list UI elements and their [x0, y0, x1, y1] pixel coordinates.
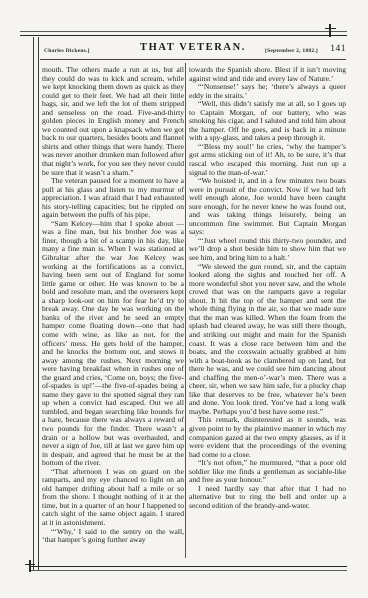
- paragraph: mouth. The others made a run at us, but …: [42, 66, 184, 177]
- bottom-rule: [30, 566, 347, 571]
- paragraph: I need hardly say that after that I had …: [189, 485, 346, 511]
- paragraph: “Sam Kelcey—him that I spoke about —was …: [42, 220, 184, 468]
- running-header: Charles Dickens.] THAT VETERAN. [Septemb…: [40, 42, 346, 58]
- left-column: mouth. The others made a run at us, but …: [42, 66, 184, 545]
- paragraph: “‘Just wheel round this thirty-two pound…: [189, 237, 346, 263]
- paragraph: “‘Nonsense!’ says he; ‘there’s always a …: [189, 83, 346, 100]
- top-rule: [20, 31, 347, 36]
- paragraph: The veteran paused for a moment to have …: [42, 177, 184, 220]
- paragraph: “It’s not often,” he murmured, “that a p…: [189, 459, 346, 485]
- column-divider: [185, 63, 186, 558]
- crop-mark-top-right: [329, 24, 331, 37]
- paragraph: “We hoisted it, and in a few minutes two…: [189, 177, 346, 237]
- paragraph: “‘Why,’ I said to the sentry on the wall…: [42, 528, 184, 545]
- page-scan: Charles Dickens.] THAT VETERAN. [Septemb…: [0, 0, 368, 598]
- crop-mark-bottom-left: [25, 564, 35, 565]
- right-column: towards the Spanish shore. Blest if it i…: [189, 66, 346, 510]
- crop-mark-bottom-left: [29, 560, 31, 572]
- paragraph: “That afternoon I was on guard on the ra…: [42, 468, 184, 528]
- left-margin-rule: [33, 37, 39, 571]
- crop-mark-top-right: [325, 28, 336, 29]
- paragraph: “Well, this didn’t satisfy me at all, so…: [189, 100, 346, 143]
- page-number: 141: [330, 44, 346, 54]
- paragraph: “‘Bless my soul!’ he cries, ‘why the ham…: [189, 143, 346, 177]
- issue-date: [September 2, 1882.]: [265, 48, 318, 54]
- paragraph: “We slewed the gun round, sir, and the c…: [189, 263, 346, 417]
- paragraph: This remark, disinterested as it sounds,…: [189, 416, 346, 459]
- paragraph: towards the Spanish shore. Blest if it i…: [189, 66, 346, 83]
- header-rule: [40, 59, 346, 60]
